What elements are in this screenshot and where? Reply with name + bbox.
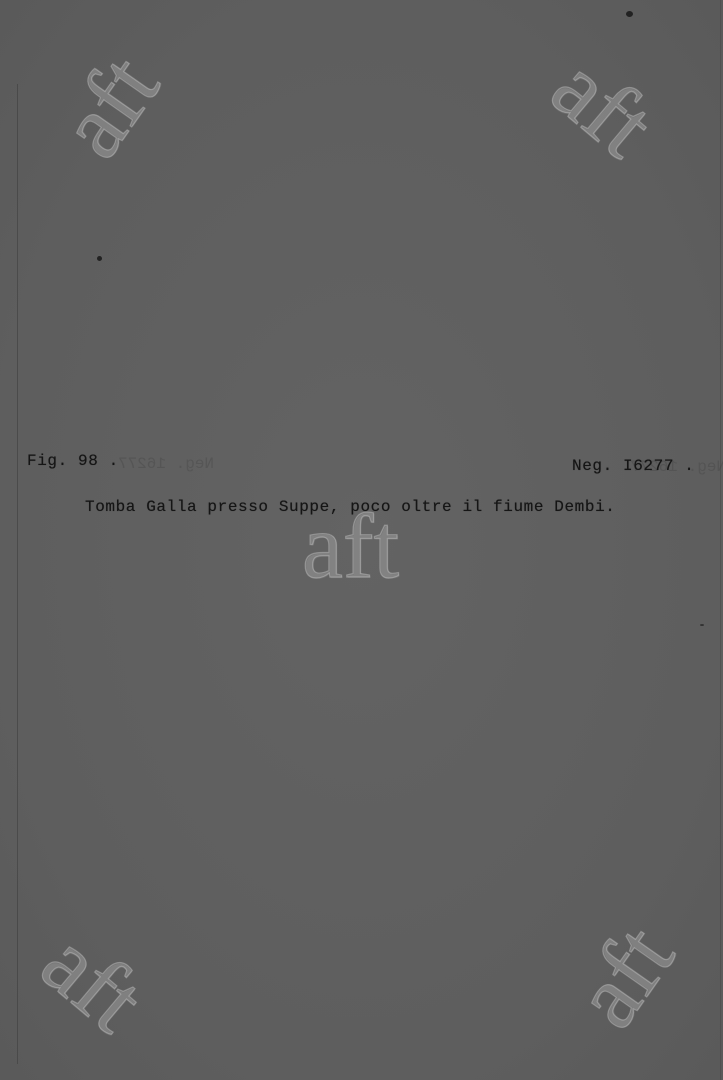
ink-speck (97, 256, 102, 261)
caption: Tomba Galla presso Suppe, poco oltre il … (85, 498, 615, 516)
left-edge-line (17, 84, 18, 1064)
archive-card: aft aft aft aft aft Neg. 16277 Neg. 1627… (0, 0, 723, 1080)
figure-label: Fig. 98 . (27, 452, 119, 470)
ink-speck (700, 624, 704, 626)
negative-number: Neg. I6277 . (572, 457, 694, 475)
watermark-bottom-right: aft (558, 910, 689, 1042)
watermark-bottom-left: aft (27, 915, 160, 1048)
watermark-top-left: aft (43, 40, 174, 172)
ghost-bleed-text: Neg. 16277 (118, 455, 214, 473)
watermark-top-right: aft (537, 40, 670, 173)
ink-speck (626, 11, 633, 17)
right-edge-line (720, 0, 721, 1080)
